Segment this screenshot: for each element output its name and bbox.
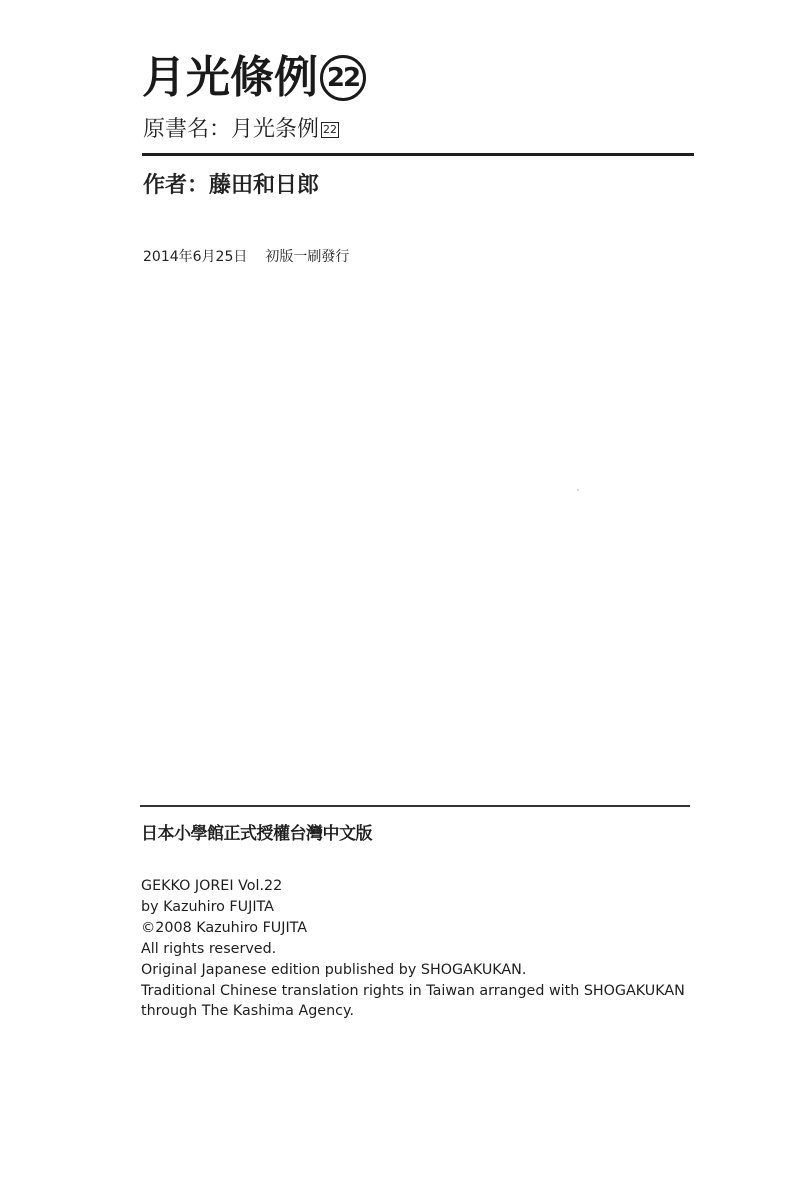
book-title-text: 月光條例 bbox=[142, 52, 318, 103]
credit-line: Original Japanese edition published by S… bbox=[141, 960, 685, 981]
copyright-credits: GEKKO JOREI Vol.22 by Kazuhiro FUJITA ©2… bbox=[141, 876, 685, 1022]
scan-speck bbox=[577, 489, 579, 491]
license-notice: 日本小學館正式授權台灣中文版 bbox=[141, 822, 372, 846]
publication-date: 2014年6月25日 bbox=[143, 249, 247, 265]
original-title-label: 原書名： bbox=[143, 117, 231, 142]
credit-line: by Kazuhiro FUJITA bbox=[141, 897, 685, 918]
original-volume-boxed: 22 bbox=[321, 122, 339, 138]
credit-line: All rights reserved. bbox=[141, 939, 685, 960]
original-title-text: 月光条例 bbox=[231, 117, 319, 142]
credit-line: through The Kashima Agency. bbox=[141, 1001, 685, 1022]
footer-divider bbox=[140, 805, 690, 807]
author-line: 作者：藤田和日郎 bbox=[143, 170, 319, 202]
credit-line: Traditional Chinese translation rights i… bbox=[141, 981, 685, 1002]
credit-line: GEKKO JOREI Vol.22 bbox=[141, 876, 685, 897]
volume-number-circled: 22 bbox=[320, 55, 366, 101]
author-label: 作者： bbox=[143, 173, 209, 198]
publication-line: 2014年6月25日初版一刷發行 bbox=[143, 247, 349, 267]
author-name: 藤田和日郎 bbox=[209, 173, 319, 198]
book-title: 月光條例22 bbox=[142, 48, 366, 108]
edition-text: 初版一刷發行 bbox=[265, 249, 349, 265]
header-divider bbox=[142, 153, 694, 156]
original-title: 原書名：月光条例22 bbox=[143, 115, 339, 145]
credit-line: ©2008 Kazuhiro FUJITA bbox=[141, 918, 685, 939]
